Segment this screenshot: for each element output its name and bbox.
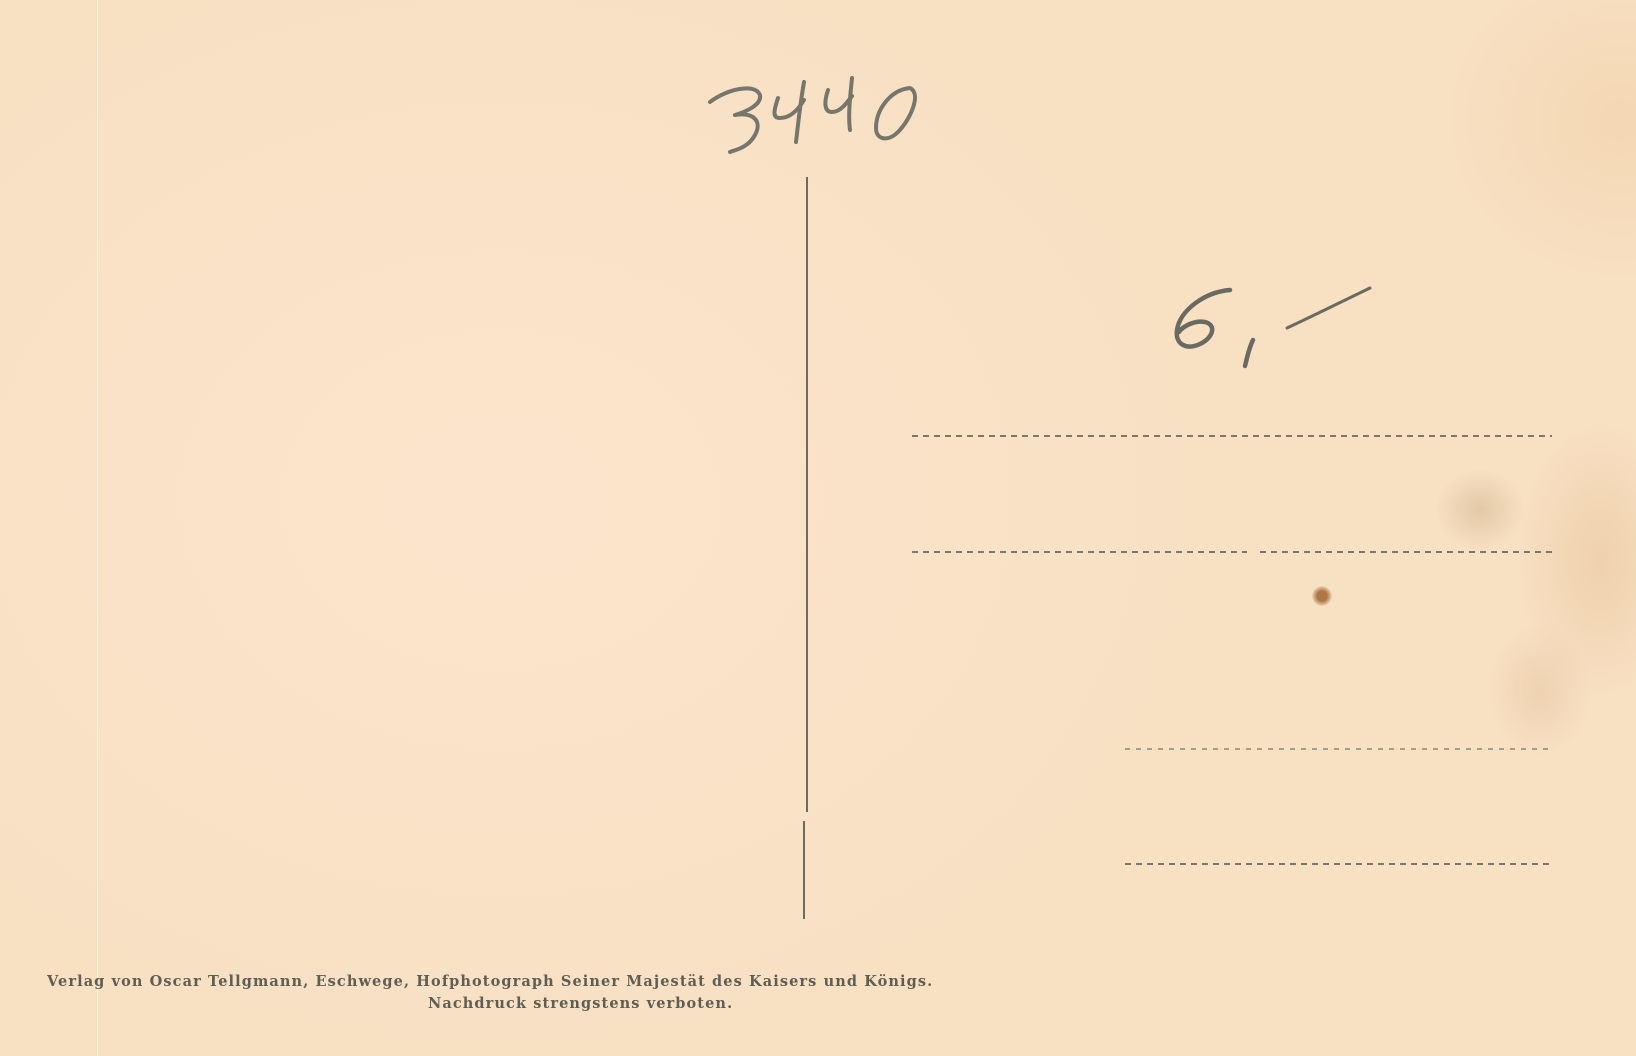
handwritten-price: 6,– <box>1155 270 1385 380</box>
handwritten-catalog-number: 3440 <box>700 60 940 160</box>
address-line-2b <box>1260 551 1552 553</box>
address-line-1 <box>912 435 1552 437</box>
vertical-divider-upper <box>806 177 808 812</box>
postcard-back: 3440 6,– Ver <box>0 0 1636 1056</box>
address-line-3 <box>1125 748 1553 750</box>
foxing-stain <box>1312 586 1332 606</box>
vertical-divider-lower <box>803 821 805 919</box>
address-line-4 <box>1125 863 1553 865</box>
publisher-imprint: Verlag von Oscar Tellgmann, Eschwege, Ho… <box>47 973 933 990</box>
address-line-2a <box>912 551 1247 553</box>
paper-fold-line <box>97 0 98 1056</box>
reprint-notice: Nachdruck strengstens verboten. <box>428 995 733 1012</box>
